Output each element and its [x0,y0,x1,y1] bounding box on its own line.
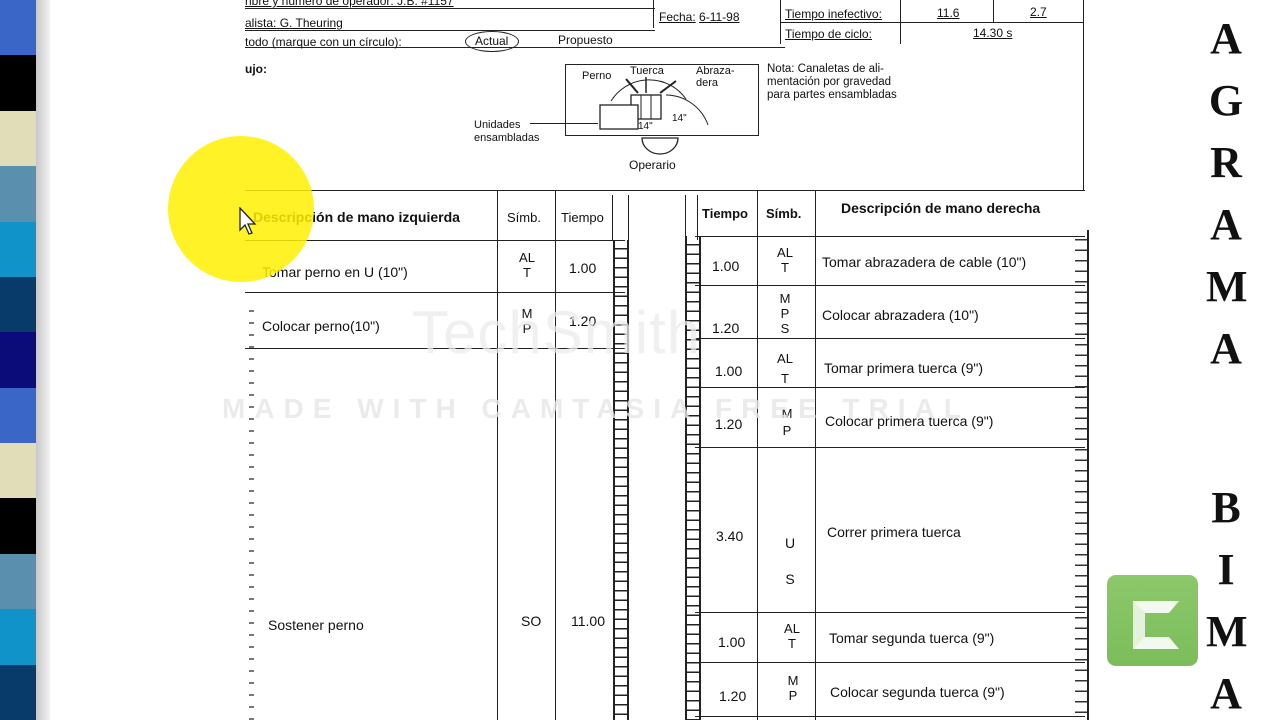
left-row-2-desc: Colocar perno(10") [262,318,380,334]
rule [695,236,1085,237]
rule [245,190,1085,191]
note-line-2: mentación por gravedad [767,76,897,89]
rule [695,447,1085,448]
mouse-cursor-icon [239,207,259,237]
label-tuerca: Tuerca [630,65,664,77]
label-units-1: Unidades [474,119,539,132]
side-title-bottom: BIMA [1206,477,1246,720]
side-title-top: AGRAMA [1206,8,1246,380]
left-row-1-sym: AL T [507,250,547,280]
rule [695,662,1085,663]
note-line-3: para partes ensambladas [767,89,897,102]
left-row-3-sym: SO [521,613,541,629]
sym-line: T [765,260,805,275]
rule [245,47,785,48]
rule [245,8,655,9]
analyst-label: alista: [245,16,276,30]
distance-right: 14" [672,113,687,124]
left-sym-header: Símb. [507,210,541,225]
sym-line: P [773,688,813,703]
rule [780,22,1083,23]
rule [685,195,686,240]
trial-watermark: MADE WITH CAMTASIA FREE TRIAL [222,393,970,425]
rule [695,285,1085,286]
rule [815,190,816,720]
right-row-7-desc: Colocar segunda tuerca (9") [830,684,1005,700]
side-title-letter: A [1206,318,1246,380]
right-row-2-desc: Colocar abrazadera (10") [822,307,979,323]
label-abrazadera-2: dera [696,77,735,89]
rule [245,30,655,31]
left-row-3-desc: Sostener perno [268,617,364,633]
label-perno: Perno [582,70,611,82]
right-row-6-time: 1.00 [718,634,745,650]
side-title-letter: M [1206,601,1246,663]
label-units-2: ensambladas [474,132,539,145]
rule [697,195,698,240]
side-title-letter: B [1206,477,1246,539]
note-line-1: Nota: Canaletas de ali- [767,63,897,76]
side-title-letter: G [1206,70,1246,132]
right-row-7-sym: M P [773,673,813,703]
operator-value: J.B. #1157 [397,0,453,8]
right-row-1-sym: AL T [765,245,805,275]
rule [695,387,1085,388]
cycle-time-value: 14.30 s [973,26,1012,40]
sym-line: AL [765,245,805,260]
rule [695,338,1085,339]
idle-time-right: 2.7 [1030,5,1047,19]
right-sym-header: Símb. [766,206,801,221]
right-row-3-time: 1.00 [715,363,742,379]
left-edge-scale [249,300,254,720]
side-title-letter: R [1206,132,1246,194]
date-field: Fecha: 6-11-98 [659,10,740,24]
right-row-5-desc: Correr primera tuerca [827,524,961,540]
right-row-2-sym: M P S [765,291,805,336]
right-row-2-time: 1.20 [712,320,739,336]
rule [1083,0,1084,190]
side-title-letter: M [1206,256,1246,318]
techsmith-watermark: TechSmith [412,298,701,367]
operator-position-icon [640,136,680,156]
idle-time-left: 11.6 [937,6,959,20]
left-row-3-time: 11.00 [571,613,605,629]
label-units: Unidades ensambladas [474,119,539,145]
right-row-5-sym: U S [770,525,810,597]
right-hand-header: Descripción de mano derecha [841,200,1040,216]
operator-label: nbre y número de operador: [245,0,394,8]
left-time-header: Tiempo [561,210,604,225]
sym-line: P [765,306,805,321]
side-title-letter: I [1206,539,1246,601]
rule [695,612,1085,613]
rule [757,190,758,720]
slide-edge-shadow [36,0,50,720]
right-row-6-desc: Tomar segunda tuerca (9") [829,630,994,646]
watermark-brand: TechSmith [412,299,701,366]
right-edge-scale [1075,230,1089,720]
operator-field: nbre y número de operador: J.B. #1157 [245,0,454,8]
right-row-7-time: 1.20 [719,688,746,704]
side-title-letter: A [1206,8,1246,70]
right-time-header: Tiempo [702,206,748,221]
rule [530,123,598,124]
right-row-6-sym: AL T [772,621,812,651]
rule [245,292,625,293]
analyst-value: G. Theuring [280,16,343,30]
sym-line: AL [772,621,812,636]
diagram-note: Nota: Canaletas de ali- mentación por gr… [767,63,897,102]
label-abrazadera-1: Abraza- [696,65,735,77]
method-proposed: Propuesto [558,33,613,47]
camtasia-logo-icon [1107,575,1198,666]
sym-line: T [765,369,805,389]
cycle-time-label: Tiempo de ciclo: [785,27,872,41]
rule [653,0,654,28]
sym-line: T [772,636,812,651]
workplace-layout-diagram: Perno Tuerca Abraza- dera 14" 14" [565,64,759,136]
sym-line: AL [507,250,547,265]
right-row-3-sym: AL T [765,349,805,389]
date-value: 6-11-98 [699,10,739,24]
rule [612,195,613,240]
distance-left: 14" [638,121,653,132]
left-row-1-time: 1.00 [569,260,596,276]
right-row-1-time: 1.00 [712,258,739,274]
sym-line: T [507,265,547,280]
right-row-1-desc: Tomar abrazadera de cable (10") [822,254,1026,270]
sym-line: AL [765,349,805,369]
rule [993,0,994,22]
side-title-letter: A [1206,194,1246,256]
date-label: Fecha: [659,10,696,24]
sym-line: S [765,321,805,336]
rule [497,190,498,720]
sym-line: M [765,291,805,306]
label-operario: Operario [629,158,676,172]
label-abrazadera: Abraza- dera [696,65,735,89]
rule [555,190,556,720]
layout-label: ujo: [245,62,267,76]
right-row-3-desc: Tomar primera tuerca (9") [824,360,983,376]
camtasia-c-icon [1107,575,1198,666]
sym-line: S [770,561,810,597]
sym-line: U [770,525,810,561]
analyst-field: alista: G. Theuring [245,16,343,30]
side-title-letter: A [1206,663,1246,720]
right-row-5-time: 3.40 [716,528,743,544]
method-actual: Actual [475,34,508,48]
rule [695,716,1085,717]
idle-time-label: Tiempo inefectivo: [785,7,882,21]
sym-line: M [773,673,813,688]
rule [628,195,629,240]
